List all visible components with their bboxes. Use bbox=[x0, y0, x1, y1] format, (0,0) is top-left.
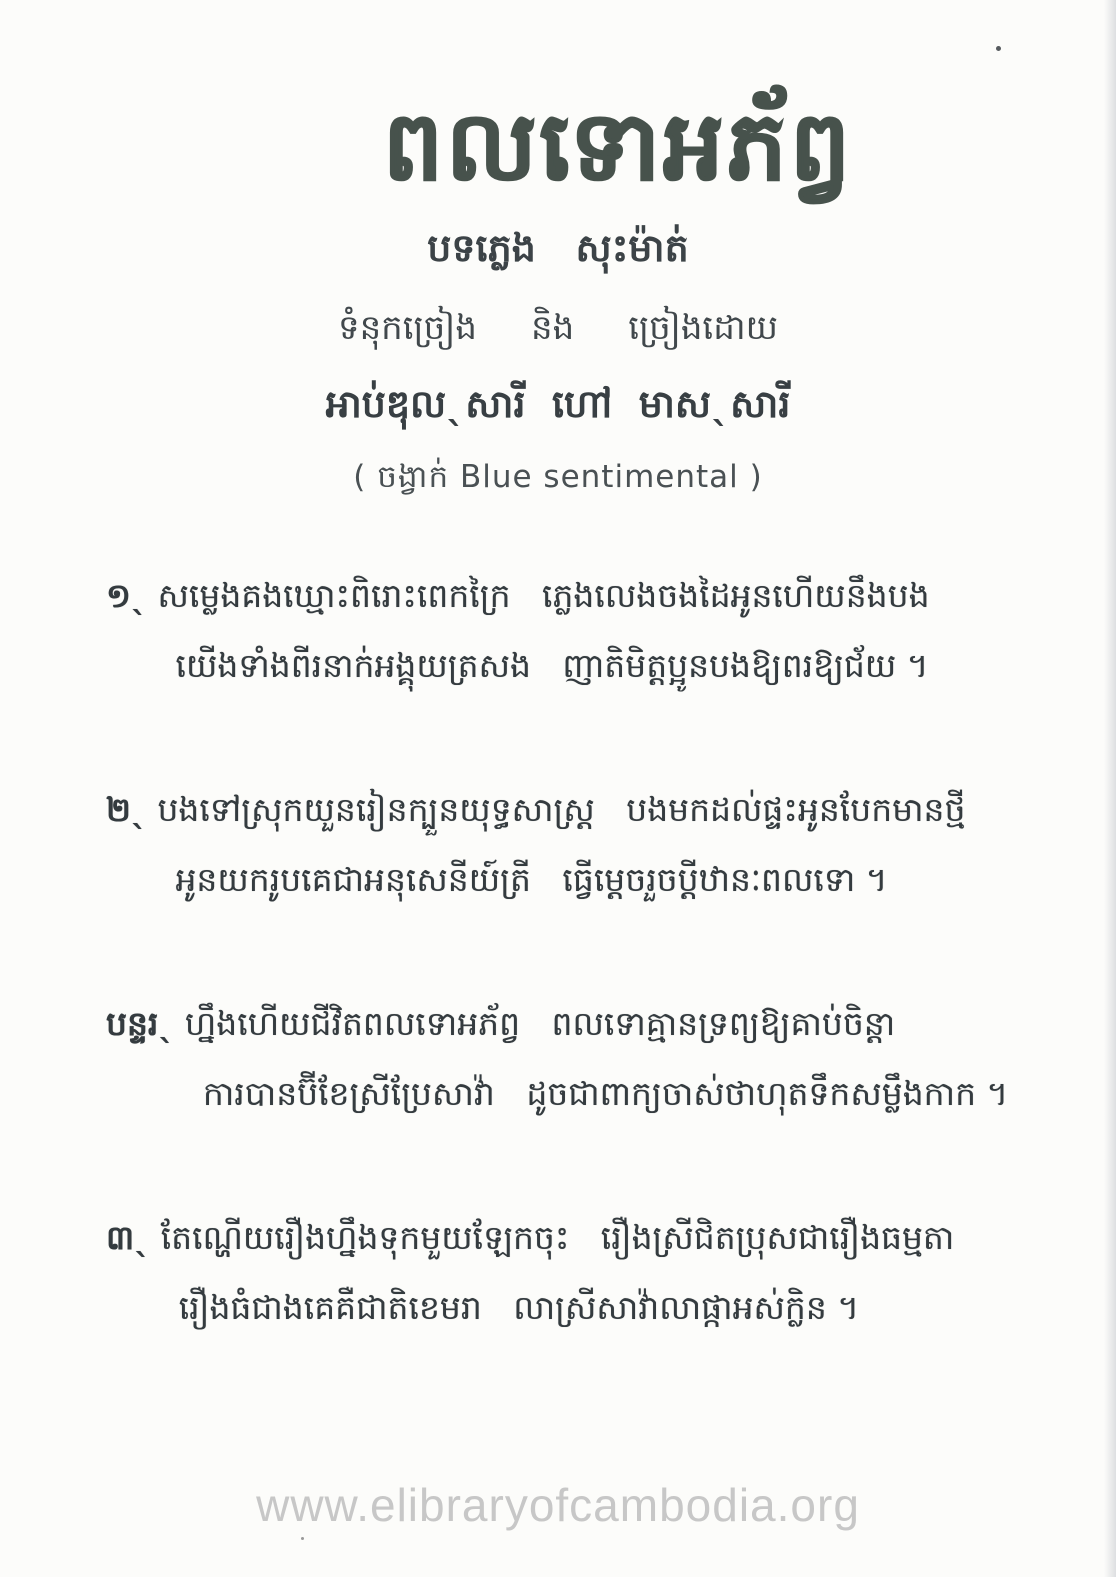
chorus: បន្ទរˎ ហ្នឹងហើយជីវិតពលទោអភ័ព្វ ពលទោគ្មាន… bbox=[106, 989, 1030, 1129]
artist-line: អាប់ឌុលˎសារី ហៅ មាសˎសារី bbox=[0, 380, 1116, 436]
scan-speck bbox=[996, 46, 1001, 51]
chorus-marker: បន្ទរˎ bbox=[106, 989, 175, 1059]
verse-2-marker: ២ˎ bbox=[106, 775, 147, 845]
scanned-song-page: ពលទោអភ័ព្វ បទភ្លេង សុះម៉ាត់ ទំនុកច្រៀង ន… bbox=[0, 0, 1116, 1577]
credit-line: ទំនុកច្រៀង និង ច្រៀងដោយ bbox=[0, 306, 1116, 356]
verse-2: ២ˎ បងទៅស្រុកយួនរៀនក្បួនយុទ្ធសាស្ត្រ បងមក… bbox=[106, 775, 1030, 915]
rhythm-line: ( ចង្វាក់ Blue sentimental ) bbox=[0, 458, 1116, 503]
song-title: ពលទោអភ័ព្វ bbox=[0, 86, 1116, 210]
lyrics-section: ១ˎ សម្លេងគងឃ្មោះពិរោះពេកក្រៃ ភ្លេងលេងចងដ… bbox=[0, 561, 1116, 1343]
verse-3: ៣ˎ តែណ្ហើយរឿងហ្នឹងទុកមួយឡែកចុះ រឿងស្រីជិ… bbox=[106, 1203, 1030, 1343]
lyric-line: សម្លេងគងឃ្មោះពិរោះពេកក្រៃ ភ្លេងលេងចងដៃអូ… bbox=[157, 561, 1030, 631]
scan-speck bbox=[301, 1537, 304, 1540]
lyric-line: អូនយករូបគេជាអនុសេនីយ៍ត្រី ធ្វើម្ដេចរួចប្… bbox=[157, 845, 1030, 915]
verse-1-marker: ១ˎ bbox=[106, 561, 147, 631]
song-header: ពលទោអភ័ព្វ បទភ្លេង សុះម៉ាត់ ទំនុកច្រៀង ន… bbox=[0, 86, 1116, 503]
verse-2-lines: បងទៅស្រុកយួនរៀនក្បួនយុទ្ធសាស្ត្រ បងមកដល់… bbox=[157, 775, 1030, 915]
lyric-line: ការបានប៊ីខែស្រីប្រែសាវ៉ា ដូចជាពាក្យចាស់ថ… bbox=[185, 1059, 1030, 1129]
lyric-line: យើងទាំងពីរនាក់អង្គុយត្រសង ញាតិមិត្តប្អូន… bbox=[157, 631, 1030, 701]
watermark-url: www.elibraryofcambodia.org bbox=[0, 1478, 1116, 1532]
lyric-line: បងទៅស្រុកយួនរៀនក្បួនយុទ្ធសាស្ត្រ បងមកដល់… bbox=[157, 775, 1030, 845]
chorus-lines: ហ្នឹងហើយជីវិតពលទោអភ័ព្វ ពលទោគ្មានទ្រព្យឱ… bbox=[185, 989, 1030, 1129]
lyric-line: ហ្នឹងហើយជីវិតពលទោអភ័ព្វ ពលទោគ្មានទ្រព្យឱ… bbox=[185, 989, 1030, 1059]
melody-line: បទភ្លេង សុះម៉ាត់ bbox=[0, 224, 1116, 280]
verse-1: ១ˎ សម្លេងគងឃ្មោះពិរោះពេកក្រៃ ភ្លេងលេងចងដ… bbox=[106, 561, 1030, 701]
verse-3-marker: ៣ˎ bbox=[106, 1203, 151, 1273]
lyric-line: តែណ្ហើយរឿងហ្នឹងទុកមួយឡែកចុះ រឿងស្រីជិតប្… bbox=[161, 1203, 1030, 1273]
lyric-line: រឿងធំជាងគេគឺជាតិខេមរា លាស្រីសាវ៉ាលាផ្កាអ… bbox=[161, 1273, 1030, 1343]
verse-3-lines: តែណ្ហើយរឿងហ្នឹងទុកមួយឡែកចុះ រឿងស្រីជិតប្… bbox=[161, 1203, 1030, 1343]
verse-1-lines: សម្លេងគងឃ្មោះពិរោះពេកក្រៃ ភ្លេងលេងចងដៃអូ… bbox=[157, 561, 1030, 701]
